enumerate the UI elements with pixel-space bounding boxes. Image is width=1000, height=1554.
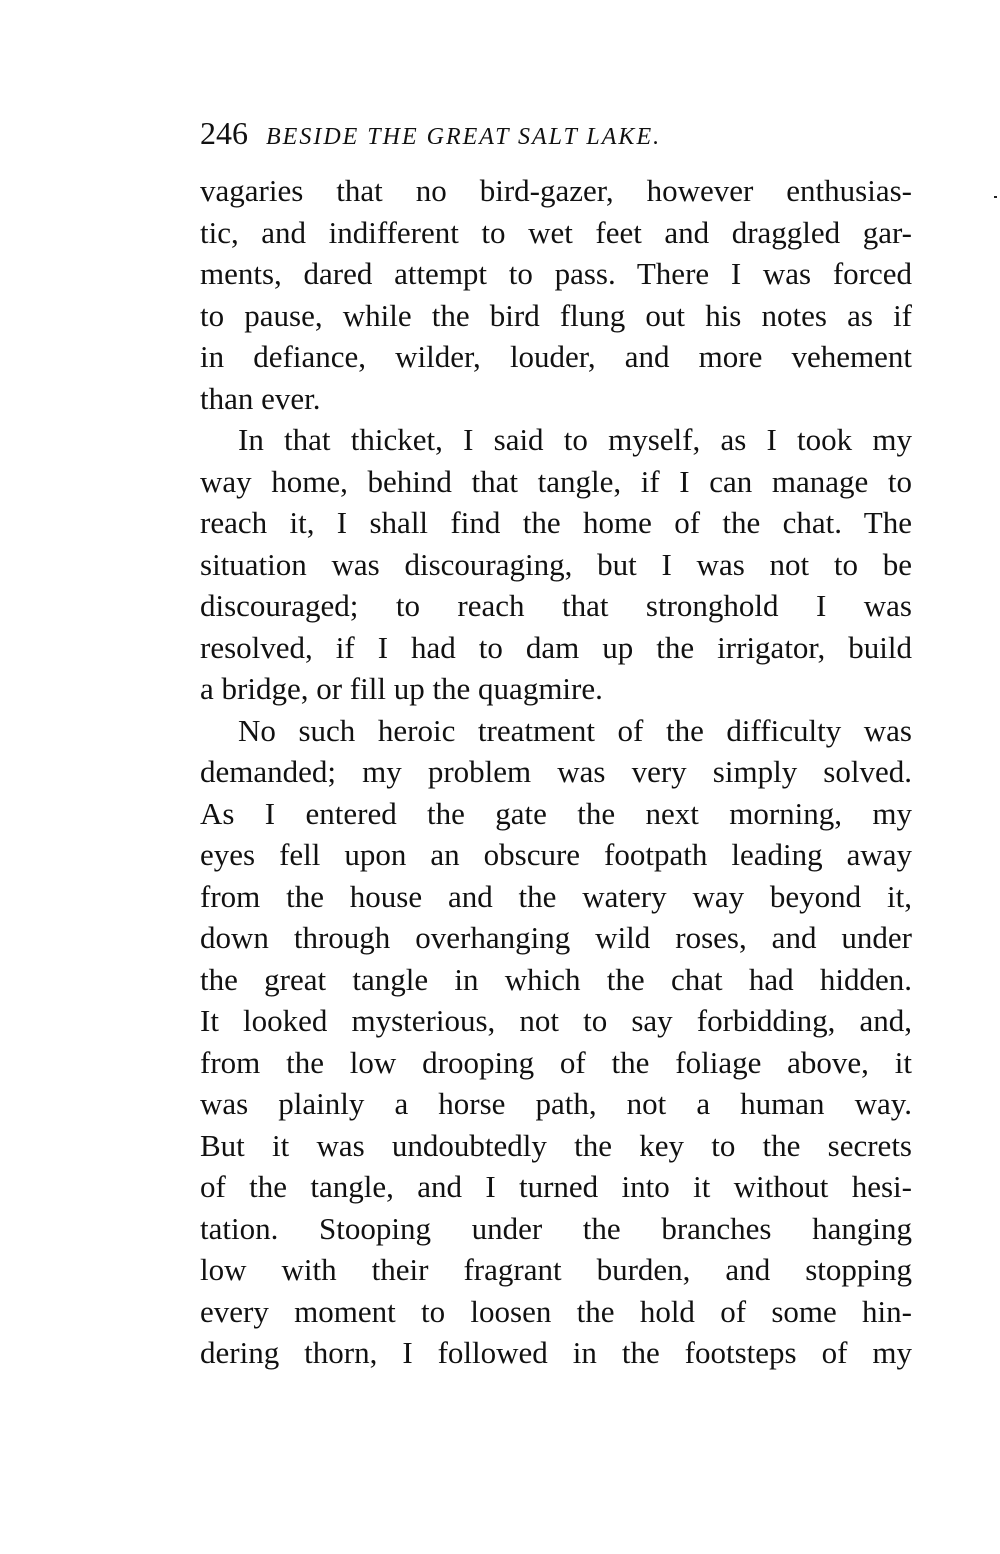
running-head: 246 BESIDE THE GREAT SALT LAKE. <box>200 108 912 158</box>
text-line: tation. Stooping under the branches hang… <box>200 1208 912 1250</box>
paragraph-1: vagaries that no bird-gazer, however ent… <box>200 170 912 419</box>
text-line: down through overhanging wild roses, and… <box>200 917 912 959</box>
page-number: 246 <box>200 108 248 158</box>
text-line: the great tangle in which the chat had h… <box>200 959 912 1001</box>
text-line: tic, and indifferent to wet feet and dra… <box>200 212 912 254</box>
text-line: low with their fragrant burden, and stop… <box>200 1249 912 1291</box>
text-line: But it was undoubtedly the key to the se… <box>200 1125 912 1167</box>
text-line: eyes fell upon an obscure footpath leadi… <box>200 834 912 876</box>
text-line: resolved, if I had to dam up the irrigat… <box>200 627 912 669</box>
text-line: reach it, I shall find the home of the c… <box>200 502 912 544</box>
text-line: demanded; my problem was very simply sol… <box>200 751 912 793</box>
text-line: than ever. <box>200 378 912 420</box>
text-line: situation was discouraging, but I was no… <box>200 544 912 586</box>
text-line: ments, dared attempt to pass. There I wa… <box>200 253 912 295</box>
paragraph-3: No such heroic treatment of the difficul… <box>200 710 912 1374</box>
text-line: a bridge, or fill up the quagmire. <box>200 668 912 710</box>
text-line: way home, behind that tangle, if I can m… <box>200 461 912 503</box>
book-page: 246 BESIDE THE GREAT SALT LAKE. vagaries… <box>200 108 912 1374</box>
text-line: from the low drooping of the foliage abo… <box>200 1042 912 1084</box>
paragraph-2: In that thicket, I said to myself, as I … <box>200 419 912 710</box>
text-line: No such heroic treatment of the difficul… <box>200 710 912 752</box>
text-line: of the tangle, and I turned into it with… <box>200 1166 912 1208</box>
running-title: BESIDE THE GREAT SALT LAKE. <box>266 112 661 162</box>
text-line: It looked mysterious, not to say forbidd… <box>200 1000 912 1042</box>
text-line: every moment to loosen the hold of some … <box>200 1291 912 1333</box>
text-line: from the house and the watery way beyond… <box>200 876 912 918</box>
text-line: vagaries that no bird-gazer, however ent… <box>200 170 912 212</box>
text-line: in defiance, wilder, louder, and more ve… <box>200 336 912 378</box>
text-line: discouraged; to reach that stronghold I … <box>200 585 912 627</box>
text-line: As I entered the gate the next morning, … <box>200 793 912 835</box>
text-line: dering thorn, I followed in the footstep… <box>200 1332 912 1374</box>
scan-speck <box>994 196 997 198</box>
text-line: to pause, while the bird flung out his n… <box>200 295 912 337</box>
text-line: was plainly a horse path, not a human wa… <box>200 1083 912 1125</box>
text-line: In that thicket, I said to myself, as I … <box>200 419 912 461</box>
